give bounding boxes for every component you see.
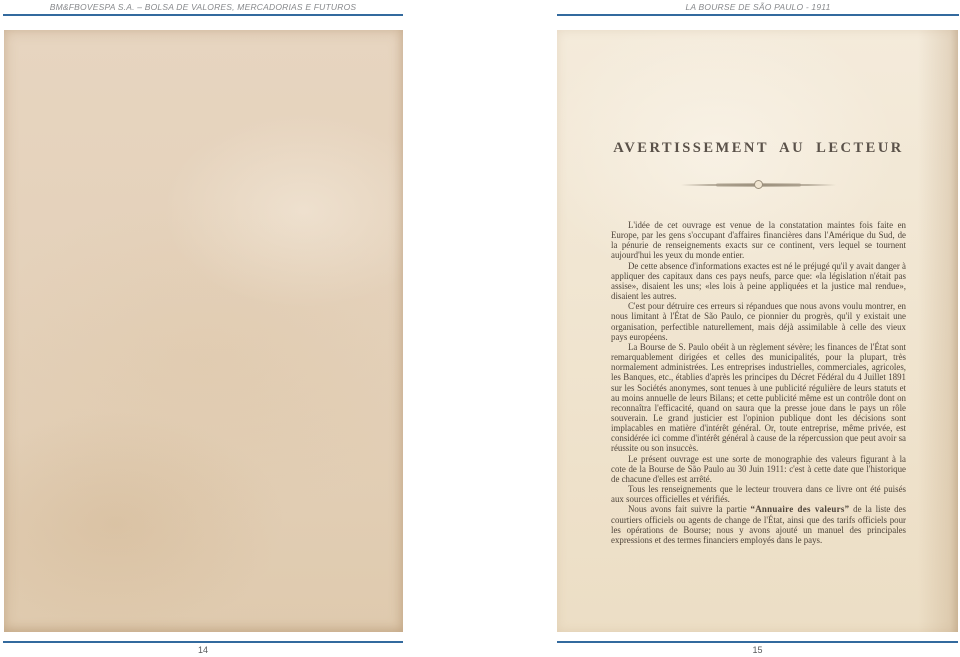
footer-rule-right <box>557 641 958 643</box>
footer-rule-left <box>3 641 403 643</box>
paragraph: L'idée de cet ouvrage est venue de la co… <box>611 220 906 261</box>
scanned-page-right: AVERTISSEMENT AU LECTEUR L'idée de cet o… <box>557 30 958 632</box>
body-text: L'idée de cet ouvrage est venue de la co… <box>611 220 906 545</box>
header-rule-left <box>3 14 403 16</box>
paragraph: Le présent ouvrage est une sorte de mono… <box>611 454 906 484</box>
scanned-page-left <box>4 30 403 632</box>
page-number-left: 14 <box>3 645 403 656</box>
paragraph: De cette absence d'informations exactes … <box>611 261 906 302</box>
page-number-right: 15 <box>557 645 958 656</box>
running-head-right: LA BOURSE DE SÃO PAULO - 1911 <box>557 1 959 13</box>
ornament-circle-icon <box>754 180 763 189</box>
page-title: AVERTISSEMENT AU LECTEUR <box>611 140 906 157</box>
paragraph: C'est pour détruire ces erreurs si répan… <box>611 301 906 342</box>
paragraph: Tous les renseignements que le lecteur t… <box>611 484 906 504</box>
paragraph-closing: Nous avons fait suivre la partie “Annuai… <box>611 504 906 545</box>
running-head-left: BM&FBOVESPA S.A. – BOLSA DE VALORES, MER… <box>3 1 403 13</box>
paragraph: La Bourse de S. Paulo obéit à un règleme… <box>611 342 906 454</box>
closing-before: Nous avons fait suivre la partie <box>628 504 750 514</box>
document-spread: BM&FBOVESPA S.A. – BOLSA DE VALORES, MER… <box>0 0 960 657</box>
closing-bold: “Annuaire des valeurs” <box>750 504 849 514</box>
ornament-divider <box>611 178 906 192</box>
header-rule-right <box>557 14 959 16</box>
